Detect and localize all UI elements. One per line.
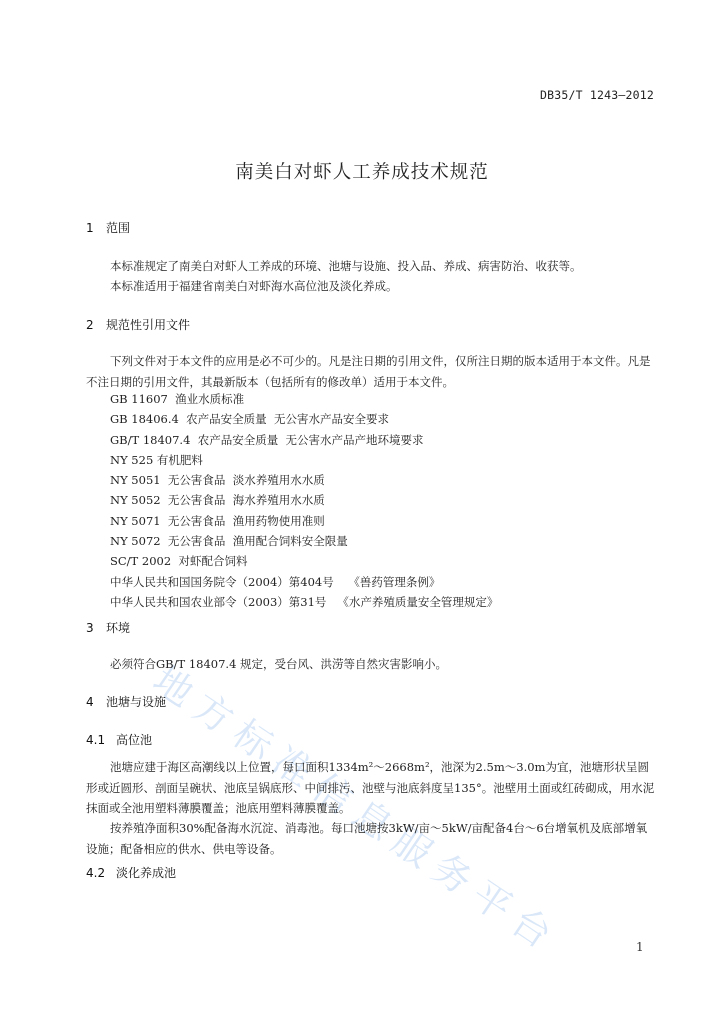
- section-heading-ponds-facilities: 4池塘与设施: [86, 693, 166, 710]
- reference-item: GB 18406.4 农产品安全质量 无公害水产品安全要求: [110, 409, 498, 429]
- reference-item: 中华人民共和国国务院令（2004）第404号 《兽药管理条例》: [110, 572, 498, 592]
- section-number: 1: [86, 221, 106, 235]
- high-level-pond-paragraph-2: 按养殖净面积30%配备海水沉淀、消毒池。每口池塘按3kW/亩～5kW/亩配备4台…: [86, 818, 658, 859]
- high-level-pond-paragraph-1: 池塘应建于海区高潮线以上位置，每口面积1334m²～2668m²，池深为2.5m…: [86, 757, 658, 819]
- references-intro-paragraph: 下列文件对于本文件的应用是必不可少的。凡是注日期的引用文件，仅所注日期的版本适用…: [86, 351, 658, 392]
- scope-paragraph-1: 本标准规定了南美白对虾人工养成的环境、池塘与设施、投入品、养成、病害防治、收获等…: [86, 256, 658, 277]
- subsection-title: 高位池: [116, 733, 152, 747]
- reference-list: GB 11607 渔业水质标准 GB 18406.4 农产品安全质量 无公害水产…: [110, 389, 498, 612]
- reference-item: 中华人民共和国农业部令（2003）第31号 《水产养殖质量安全管理规定》: [110, 592, 498, 612]
- environment-paragraph: 必须符合GB/T 18407.4 规定，受台风、洪涝等自然灾害影响小。: [86, 654, 658, 675]
- section-heading-scope: 1范围: [86, 219, 130, 236]
- reference-item: SC/T 2002 对虾配合饲料: [110, 551, 498, 571]
- subsection-number: 4.1: [86, 733, 116, 747]
- reference-item: GB 11607 渔业水质标准: [110, 389, 498, 409]
- reference-item: NY 5052 无公害食品 海水养殖用水水质: [110, 490, 498, 510]
- section-number: 4: [86, 695, 106, 709]
- section-title: 环境: [106, 621, 130, 635]
- section-heading-normative-references: 2规范性引用文件: [86, 316, 190, 333]
- section-title: 规范性引用文件: [106, 318, 190, 332]
- subsection-number: 4.2: [86, 866, 116, 880]
- reference-item: NY 5051 无公害食品 淡水养殖用水水质: [110, 470, 498, 490]
- subsection-title: 淡化养成池: [116, 866, 176, 880]
- reference-item: GB/T 18407.4 农产品安全质量 无公害水产品产地环境要求: [110, 430, 498, 450]
- section-heading-environment: 3环境: [86, 619, 130, 636]
- page-number: 1: [636, 940, 644, 954]
- document-title: 南美白对虾人工养成技术规范: [0, 158, 724, 184]
- section-title: 池塘与设施: [106, 695, 166, 709]
- subsection-heading-desalination-pond: 4.2淡化养成池: [86, 864, 176, 881]
- document-code: DB35/T 1243—2012: [540, 88, 654, 102]
- reference-item: NY 5072 无公害食品 渔用配合饲料安全限量: [110, 531, 498, 551]
- reference-item: NY 525 有机肥料: [110, 450, 498, 470]
- reference-item: NY 5071 无公害食品 渔用药物使用准则: [110, 511, 498, 531]
- scope-paragraph-2: 本标准适用于福建省南美白对虾海水高位池及淡化养成。: [86, 276, 658, 297]
- document-page: 地方标准信息服务平台 DB35/T 1243—2012 南美白对虾人工养成技术规…: [0, 0, 724, 1024]
- section-title: 范围: [106, 221, 130, 235]
- section-number: 3: [86, 621, 106, 635]
- subsection-heading-high-level-pond: 4.1高位池: [86, 731, 152, 748]
- section-number: 2: [86, 318, 106, 332]
